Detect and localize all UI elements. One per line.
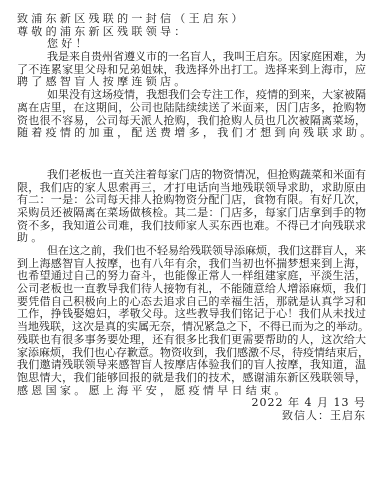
- paragraph-line: 我们老板也一直关注着每家门店的物资情况，但抢购蔬菜和米面有: [17, 169, 366, 182]
- paragraph-line: 了不连累家里父母和兄弟姐妹，我选择外出打工。选择来到上海市，应: [17, 64, 366, 77]
- letter-title: 致浦东新区残联的一封信（王启东）: [17, 13, 366, 26]
- paragraph-line: 聘了感智盲人按摩连锁店。: [17, 76, 366, 89]
- paragraph-3: 我们老板也一直关注着每家门店的物资情况，但抢购蔬菜和米面有 限，我们店的家人思索…: [17, 169, 366, 245]
- letter-greeting: 您好！: [17, 38, 366, 51]
- paragraph-line: 有二：一是：公司每天排人抢购物资分配门店，食物有限。有好几次，: [17, 194, 366, 207]
- paragraph-line: 资不多，我知道公司难，我们技师家人买东西也难。不得已才向残联求: [17, 220, 366, 233]
- paragraph-line: 感恩国家。愿上海平安，愿疫情早日结束。: [17, 385, 366, 398]
- paragraph-line: 工作，挣钱娶媳妇，孝敬父母。这些教导我们铭记于心！我们从未找过: [17, 308, 366, 321]
- blank-space: [17, 140, 366, 169]
- paragraph-line: 残联也有很多事务要处理，还有很多比我们更需要帮助的人，这次给大: [17, 334, 366, 347]
- paragraph-line: 到上海感智盲人按摩，也有八年有余，我们当初也怀揣梦想来到上海，: [17, 258, 366, 271]
- paragraph-line: 限，我们店的家人思索再三，才打电话向当地残联领导求助，求助原由: [17, 182, 366, 195]
- paragraph-line: 公司老板也一直教导我们待人接物有礼，不能随意给人增添麻烦，我们: [17, 283, 366, 296]
- letter-salutation: 尊敬的浦东新区残联领导：: [17, 26, 366, 39]
- paragraph-line: 随着疫情的加重，配送费增多，我们才想到向残联求助。: [17, 127, 366, 140]
- paragraph-line: 助。: [17, 232, 366, 245]
- letter-signature: 致信人：王启东: [17, 410, 366, 423]
- letter-document: 致浦东新区残联的一封信（王启东） 尊敬的浦东新区残联领导： 您好！ 我是来自贵州…: [17, 13, 366, 423]
- paragraph-line: 我是来自贵州省遵义市的一名盲人，我叫王启东。因家庭困难，为: [17, 51, 366, 64]
- paragraph-line: 也希望通过自己的努力奋斗，也能像正常人一样组建家庭，平淡生活，: [17, 270, 366, 283]
- paragraph-1: 我是来自贵州省遵义市的一名盲人，我叫王启东。因家庭困难，为 了不连累家里父母和兄…: [17, 51, 366, 89]
- paragraph-line: 但在这之前，我们也不轻易给残联领导添麻烦，我们这群盲人，来: [17, 245, 366, 258]
- paragraph-line: 离在店里，在这期间，公司也陆陆续续送了米面来，因门店多，抢购物: [17, 102, 366, 115]
- paragraph-line: 如果没有这场疫情，我想我们会专注工作，疫情的到来，大家被隔: [17, 89, 366, 102]
- paragraph-line: 资也很不容易，公司每天派人抢购，我们抢购人员也几次被隔离菜场，: [17, 115, 366, 128]
- letter-date: 2022 年 4 月 13 号: [17, 397, 366, 410]
- paragraph-4: 但在这之前，我们也不轻易给残联领导添麻烦，我们这群盲人，来 到上海感智盲人按摩，…: [17, 245, 366, 397]
- paragraph-2: 如果没有这场疫情，我想我们会专注工作，疫情的到来，大家被隔 离在店里，在这期间，…: [17, 89, 366, 140]
- paragraph-line: 我们邀请残联领导来感智盲人按摩店体验我们的盲人按摩，我知道，温: [17, 359, 366, 372]
- paragraph-line: 家添麻烦，我们也心存歉意。物资收到，我们感激不尽，待疫情结束后，: [17, 347, 366, 360]
- paragraph-line: 饱思情大，我们能够回报的就是我们的技术，感谢浦东新区残联领导，: [17, 372, 366, 385]
- paragraph-line: 采购员还被隔离在菜场做核检。其二是：门店多，每家门店拿到手的物: [17, 207, 366, 220]
- paragraph-line: 当地残联，这次是真的实属无奈，情况紧急之下，不得已而为之的举动。: [17, 321, 366, 334]
- paragraph-line: 要凭借自己积极向上的心态去追求自己的幸福生活，那就是认真学习和: [17, 296, 366, 309]
